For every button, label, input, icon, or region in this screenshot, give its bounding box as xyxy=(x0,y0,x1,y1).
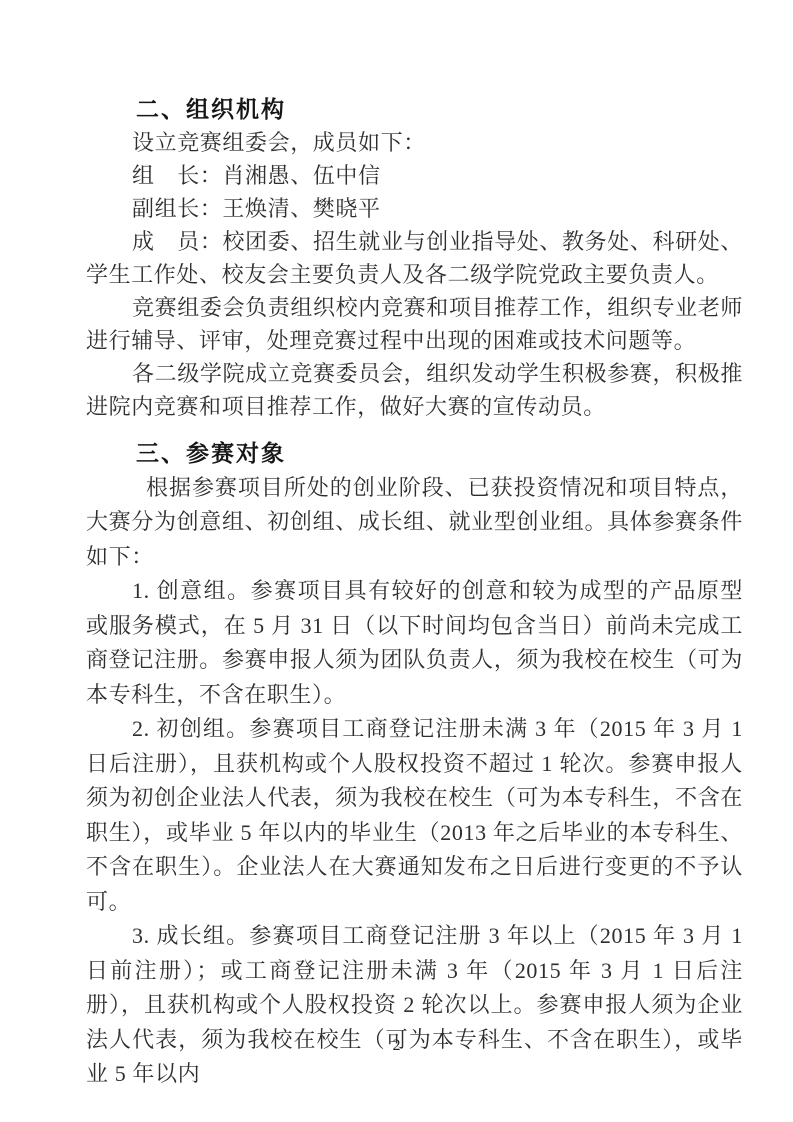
document-body: 二、组织机构设立竞赛组委会，成员如下：组 长：肖湘愚、伍中信副组长：王焕清、樊晓… xyxy=(86,93,743,1092)
paragraph: 设立竞赛组委会，成员如下： xyxy=(86,126,743,159)
paragraph: 副组长：王焕清、樊晓平 xyxy=(86,192,743,225)
paragraph: 组 长：肖湘愚、伍中信 xyxy=(86,159,743,192)
paragraph: 成 员：校团委、招生就业与创业指导处、教务处、科研处、学生工作处、校友会主要负责… xyxy=(86,225,743,291)
paragraph: 根据参赛项目所处的创业阶段、已获投资情况和项目特点，大赛分为创意组、初创组、成长… xyxy=(86,471,743,575)
page-number: 2 xyxy=(0,1036,793,1056)
document-page: 二、组织机构设立竞赛组委会，成员如下：组 长：肖湘愚、伍中信副组长：王焕清、樊晓… xyxy=(0,0,793,1122)
paragraph: 竞赛组委会负责组织校内竞赛和项目推荐工作，组织专业老师进行辅导、评审，处理竞赛过… xyxy=(86,291,743,357)
paragraph: 各二级学院成立竞赛委员会，组织发动学生积极参赛，积极推进院内竞赛和项目推荐工作，… xyxy=(86,357,743,423)
paragraph: 1. 创意组。参赛项目具有较好的创意和较为成型的产品原型或服务模式，在 5 月 … xyxy=(86,574,743,712)
paragraph: 2. 初创组。参赛项目工商登记注册未满 3 年（2015 年 3 月 1 日后注… xyxy=(86,712,743,919)
document-section: 二、组织机构设立竞赛组委会，成员如下：组 长：肖湘愚、伍中信副组长：王焕清、樊晓… xyxy=(86,93,743,423)
paragraph: 3. 成长组。参赛项目工商登记注册 3 年以上（2015 年 3 月 1 日前注… xyxy=(86,919,743,1092)
document-section: 三、参赛对象根据参赛项目所处的创业阶段、已获投资情况和项目特点，大赛分为创意组、… xyxy=(86,436,743,1092)
section-heading: 三、参赛对象 xyxy=(86,436,743,471)
section-heading: 二、组织机构 xyxy=(86,93,743,126)
